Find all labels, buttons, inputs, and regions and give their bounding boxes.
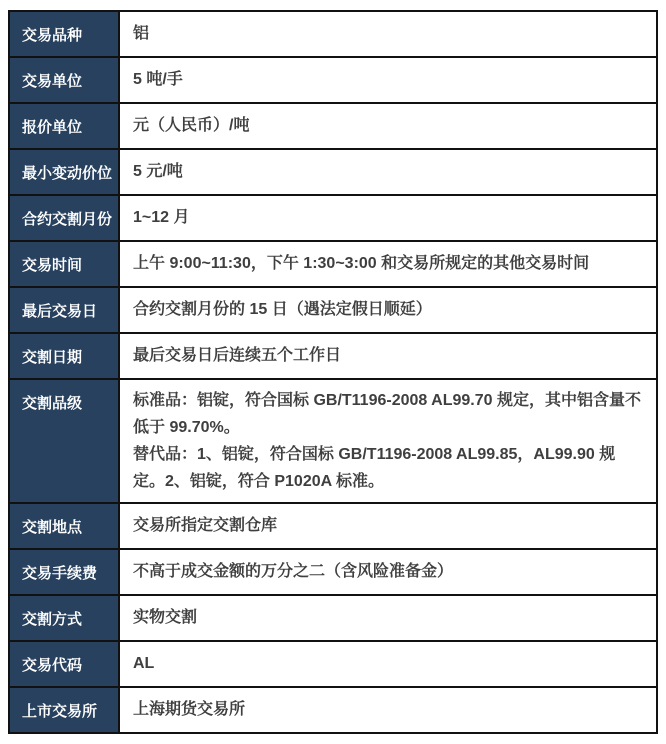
row-label: 交易单位: [9, 57, 119, 103]
spec-row-delivery-date: 交割日期 最后交易日后连续五个工作日: [9, 333, 657, 379]
row-value: 交易所指定交割仓库: [119, 503, 657, 549]
row-value: 上午 9:00~11:30，下午 1:30~3:00 和交易所规定的其他交易时间: [119, 241, 657, 287]
row-label: 交割地点: [9, 503, 119, 549]
spec-row-ticker-symbol: 交易代码 AL: [9, 641, 657, 687]
row-value: 最后交易日后连续五个工作日: [119, 333, 657, 379]
row-value: 不高于成交金额的万分之二（含风险准备金）: [119, 549, 657, 595]
spec-row-trading-unit: 交易单位 5 吨/手: [9, 57, 657, 103]
spec-row-last-trading-day: 最后交易日 合约交割月份的 15 日（遇法定假日顺延）: [9, 287, 657, 333]
row-value: 5 吨/手: [119, 57, 657, 103]
spec-row-listed-exchange: 上市交易所 上海期货交易所: [9, 687, 657, 733]
row-label: 交易手续费: [9, 549, 119, 595]
row-value: 1~12 月: [119, 195, 657, 241]
row-value: AL: [119, 641, 657, 687]
row-value: 元（人民币）/吨: [119, 103, 657, 149]
page: 交易品种 铝 交易单位 5 吨/手 报价单位 元（人民币）/吨 最小变动价位 5…: [0, 0, 666, 744]
spec-row-trading-variety: 交易品种 铝: [9, 11, 657, 57]
row-label: 合约交割月份: [9, 195, 119, 241]
row-value: 标准品：铝锭，符合国标 GB/T1196-2008 AL99.70 规定，其中铝…: [119, 379, 657, 503]
row-value: 铝: [119, 11, 657, 57]
row-label: 上市交易所: [9, 687, 119, 733]
row-label: 最后交易日: [9, 287, 119, 333]
spec-row-min-tick: 最小变动价位 5 元/吨: [9, 149, 657, 195]
spec-row-transaction-fee: 交易手续费 不高于成交金额的万分之二（含风险准备金）: [9, 549, 657, 595]
spec-row-delivery-grade: 交割品级 标准品：铝锭，符合国标 GB/T1196-2008 AL99.70 规…: [9, 379, 657, 503]
row-label: 最小变动价位: [9, 149, 119, 195]
row-value: 上海期货交易所: [119, 687, 657, 733]
row-label: 交割日期: [9, 333, 119, 379]
row-label: 交易品种: [9, 11, 119, 57]
spec-row-delivery-method: 交割方式 实物交割: [9, 595, 657, 641]
spec-row-delivery-place: 交割地点 交易所指定交割仓库: [9, 503, 657, 549]
contract-spec-table: 交易品种 铝 交易单位 5 吨/手 报价单位 元（人民币）/吨 最小变动价位 5…: [8, 10, 658, 734]
spec-row-quote-unit: 报价单位 元（人民币）/吨: [9, 103, 657, 149]
row-label: 交割方式: [9, 595, 119, 641]
row-label: 交割品级: [9, 379, 119, 503]
row-value: 实物交割: [119, 595, 657, 641]
row-label: 交易代码: [9, 641, 119, 687]
spec-row-trading-hours: 交易时间 上午 9:00~11:30，下午 1:30~3:00 和交易所规定的其…: [9, 241, 657, 287]
spec-row-delivery-months: 合约交割月份 1~12 月: [9, 195, 657, 241]
row-value: 5 元/吨: [119, 149, 657, 195]
row-label: 报价单位: [9, 103, 119, 149]
row-value: 合约交割月份的 15 日（遇法定假日顺延）: [119, 287, 657, 333]
row-label: 交易时间: [9, 241, 119, 287]
